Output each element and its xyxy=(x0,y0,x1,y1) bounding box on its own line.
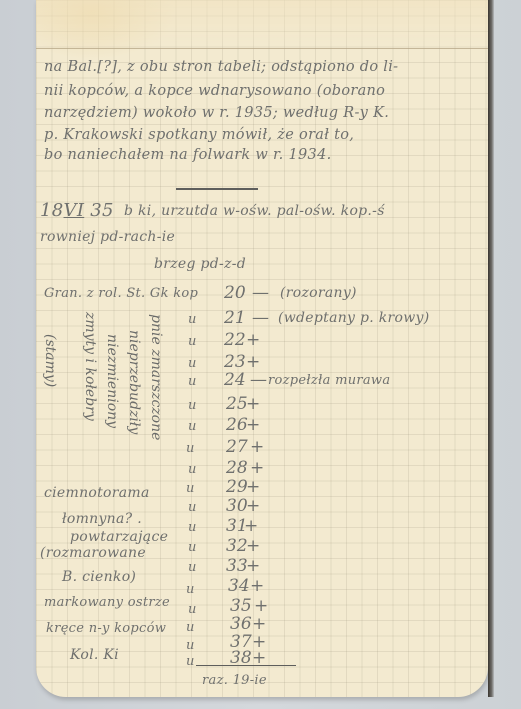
entry-date: 18VI 35 xyxy=(40,202,114,220)
ditto-mark: u xyxy=(188,560,196,575)
mound-note: rozpełzła murawa xyxy=(268,374,390,387)
left-label: markowany ostrze xyxy=(44,596,170,609)
mound-mark: + xyxy=(246,556,260,576)
total-count: raz. 19-ie xyxy=(202,674,267,687)
vertical-note: pnie zmarszczone xyxy=(148,314,164,440)
vertical-note: (stamy) xyxy=(42,334,58,387)
left-label: łomnyna? . xyxy=(62,512,142,526)
entry-line-2: rowniej pd-rach-ie xyxy=(40,230,175,244)
mound-mark: + xyxy=(246,477,260,497)
mound-number: 34 xyxy=(228,576,250,596)
notebook-page: na Bal.[?], z obu stron tabeli; odstąpio… xyxy=(36,0,488,697)
mound-number: 23 xyxy=(224,352,246,372)
mound-mark: + xyxy=(246,330,260,350)
mound-number: 25 xyxy=(226,394,248,414)
date-day: 18 xyxy=(40,200,64,221)
mound-mark: + xyxy=(244,516,258,536)
mound-number: 30 xyxy=(226,496,248,516)
mound-mark: — xyxy=(252,308,269,328)
mound-number: 20 xyxy=(224,283,246,303)
mound-number: 21 xyxy=(224,308,246,328)
paragraph-line: nii kopców, a kopce wdnarysowano (oboran… xyxy=(44,84,385,99)
ditto-mark: u xyxy=(188,374,196,389)
paragraph-line: bo naniechałem na folwark w r. 1934. xyxy=(44,148,332,163)
ditto-mark: u xyxy=(188,398,196,413)
mound-number: 32 xyxy=(226,536,248,556)
mound-mark: + xyxy=(246,496,260,516)
ditto-mark: u xyxy=(188,334,196,349)
ditto-mark: u xyxy=(186,441,194,456)
mound-number: 26 xyxy=(226,415,248,435)
date-year: 35 xyxy=(90,200,114,221)
mound-mark: + xyxy=(246,352,260,372)
mound-note: (rozorany) xyxy=(280,286,357,300)
entry-line-3: brzeg pd-z-d xyxy=(154,257,246,271)
ditto-mark: u xyxy=(188,520,196,535)
ditto-mark: u xyxy=(186,481,194,496)
vertical-note: nieprzebudziły xyxy=(126,330,142,434)
boundary-header-label: Gran. z rol. St. Gk kop xyxy=(44,287,198,300)
mound-mark: + xyxy=(246,394,260,414)
left-label: (rozmarowane xyxy=(40,546,146,560)
ditto-mark: u xyxy=(188,500,196,515)
mound-number: 24 xyxy=(224,370,246,390)
mound-mark: + xyxy=(250,458,264,478)
separator-rule xyxy=(176,188,258,190)
left-label: Kol. Ki xyxy=(70,648,119,662)
mound-mark: — xyxy=(252,283,269,303)
mound-number: 27 xyxy=(226,437,248,457)
vertical-note: niezmieniony xyxy=(104,334,120,428)
mound-number: 35 xyxy=(230,596,252,616)
mound-number: 29 xyxy=(226,477,248,497)
notebook-binding-edge xyxy=(488,0,494,697)
total-rule xyxy=(196,665,296,666)
mound-number: 36 xyxy=(230,614,252,634)
entry-line-1: b ki, urzutda w-ośw. pal-ośw. kop.-ś xyxy=(124,204,385,218)
vertical-note: zmyty i kołebry xyxy=(82,312,98,421)
mound-number: 33 xyxy=(226,556,248,576)
mound-note: (wdeptany p. krowy) xyxy=(278,311,430,325)
left-label: B. cienko) xyxy=(62,570,136,584)
mound-mark: + xyxy=(246,415,260,435)
left-label: ciemnotorama xyxy=(44,486,150,500)
paragraph-line: na Bal.[?], z obu stron tabeli; odstąpio… xyxy=(44,60,398,75)
mound-number: 28 xyxy=(226,458,248,478)
date-month: VI xyxy=(64,200,85,221)
ditto-mark: u xyxy=(188,419,196,434)
mound-mark: + xyxy=(254,596,268,616)
left-label: kręce n-y kopców xyxy=(46,622,166,635)
paragraph-line: narzędziem) wokoło w r. 1935; według R-y… xyxy=(44,106,389,121)
ditto-mark: u xyxy=(186,654,194,669)
mound-mark: + xyxy=(250,437,264,457)
mound-mark: + xyxy=(246,536,260,556)
ditto-mark: u xyxy=(186,620,194,635)
mound-mark: — xyxy=(250,370,267,390)
ditto-mark: u xyxy=(186,582,194,597)
mound-mark: + xyxy=(250,576,264,596)
left-label: powtarzające xyxy=(70,530,168,544)
ditto-mark: u xyxy=(186,638,194,653)
ditto-mark: u xyxy=(188,356,196,371)
ditto-mark: u xyxy=(188,602,196,617)
mound-mark: + xyxy=(252,614,266,634)
paragraph-line: p. Krakowski spotkany mówił, że orał to, xyxy=(44,128,354,143)
previous-page-fold xyxy=(36,0,488,49)
ditto-mark: u xyxy=(188,312,196,327)
mound-number: 22 xyxy=(224,330,246,350)
ditto-mark: u xyxy=(188,462,196,477)
ditto-mark: u xyxy=(188,540,196,555)
